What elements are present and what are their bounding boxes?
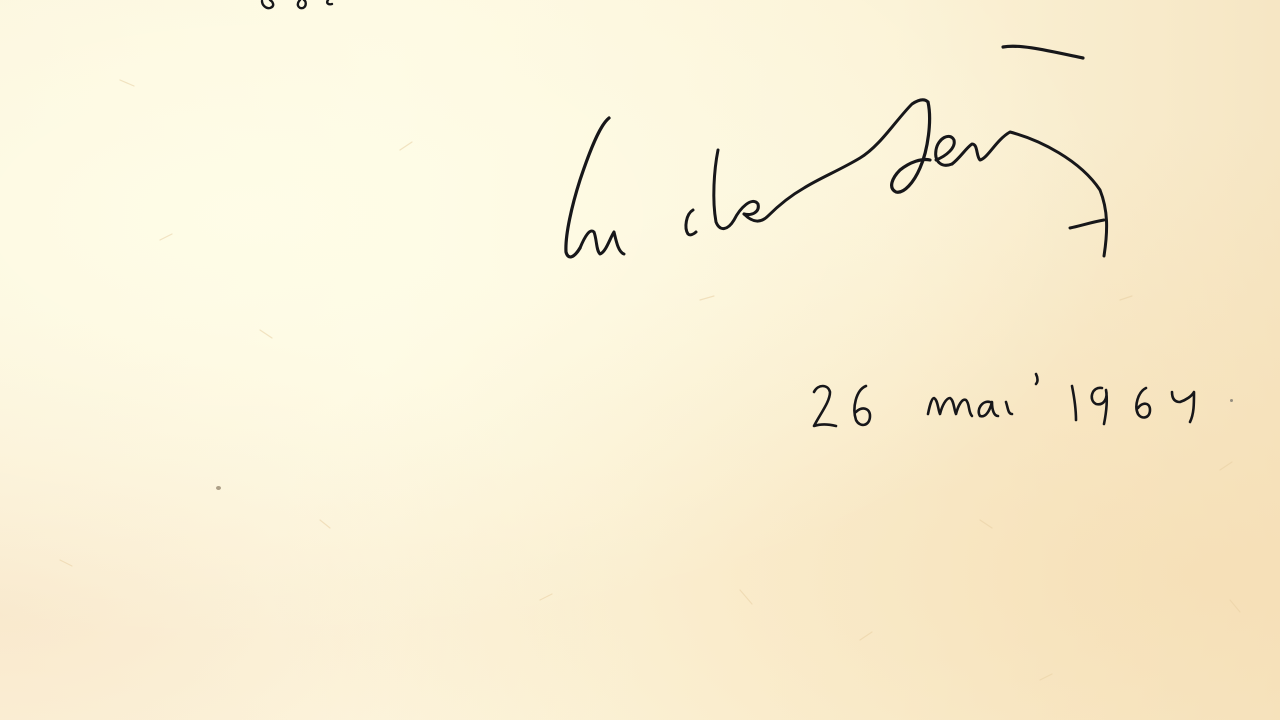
date-ink (0, 0, 1280, 720)
paper-page: Sou… Lucien … (0, 0, 1280, 720)
